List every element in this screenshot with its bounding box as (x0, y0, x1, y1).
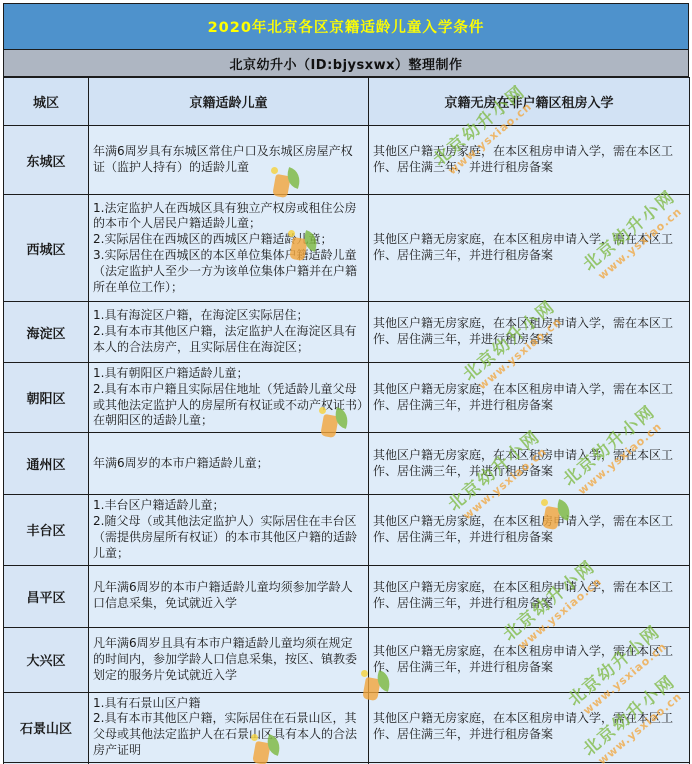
title-bar: 2020年北京各区京籍适龄儿童入学条件 (3, 3, 689, 50)
page: 2020年北京各区京籍适龄儿童入学条件 北京幼升小（ID:bjysxwx）整理制… (0, 0, 692, 764)
rent-policy-cell: 其他区户籍无房家庭，在本区租房申请入学，需在本区工作、居住满三年，并进行租房备案 (369, 126, 690, 195)
header-row: 城区 京籍适龄儿童 京籍无房在非户籍区租房入学 (4, 78, 690, 126)
rent-policy-cell: 其他区户籍无房家庭，在本区租房申请入学，需在本区工作、居住满三年，并进行租房备案 (369, 565, 690, 627)
conditions-cell: 1.具有石景山区户籍 2.具有本市其他区户籍，实际居住在石景山区，其父母或其他法… (89, 692, 369, 762)
rent-policy-cell: 其他区户籍无房家庭，在本区租房申请入学，需在本区工作、居住满三年，并进行租房备案 (369, 495, 690, 565)
district-cell: 丰台区 (4, 495, 89, 565)
column-header-rent-policy: 京籍无房在非户籍区租房入学 (369, 78, 690, 126)
enrollment-table: 城区 京籍适龄儿童 京籍无房在非户籍区租房入学 东城区 年满6周岁具有东城区常住… (3, 77, 690, 764)
table-row-xicheng: 西城区 1.法定监护人在西城区具有独立产权房或租住公房的本市个人居民户籍适龄儿童… (4, 195, 690, 302)
district-cell: 通州区 (4, 433, 89, 495)
credit-text: 北京幼升小（ID:bjysxwx）整理制作 (229, 54, 462, 73)
column-header-conditions: 京籍适龄儿童 (89, 78, 369, 126)
table-row-changping: 昌平区 凡年满6周岁的本市户籍适龄儿童均须参加学龄人口信息采集，免试就近入学 其… (4, 565, 690, 627)
table-row-chaoyang: 朝阳区 1.具有朝阳区户籍适龄儿童； 2.具有本市户籍且实际居住地址（凭适龄儿童… (4, 363, 690, 433)
rent-policy-cell: 其他区户籍无房家庭，在本区租房申请入学，需在本区工作、居住满三年，并进行租房备案 (369, 302, 690, 363)
district-cell: 朝阳区 (4, 363, 89, 433)
rent-policy-cell: 其他区户籍无房家庭，在本区租房申请入学，需在本区工作、居住满三年，并进行租房备案 (369, 433, 690, 495)
rent-policy-cell: 其他区户籍无房家庭，在本区租房申请入学，需在本区工作、居住满三年，并进行租房备案 (369, 363, 690, 433)
district-cell: 东城区 (4, 126, 89, 195)
table-row-tongzhou: 通州区 年满6周岁的本市户籍适龄儿童； 其他区户籍无房家庭，在本区租房申请入学，… (4, 433, 690, 495)
rent-policy-cell: 其他区户籍无房家庭，在本区租房申请入学，需在本区工作、居住满三年，并进行租房备案 (369, 195, 690, 302)
column-header-district: 城区 (4, 78, 89, 126)
conditions-cell: 1.具有海淀区户籍，在海淀区实际居住； 2.具有本市其他区户籍，法定监护人在海淀… (89, 302, 369, 363)
district-cell: 西城区 (4, 195, 89, 302)
conditions-cell: 年满6周岁具有东城区常住户口及东城区房屋产权证（监护人持有）的适龄儿童 (89, 126, 369, 195)
district-cell: 大兴区 (4, 627, 89, 692)
table-row-fengtai: 丰台区 1.丰台区户籍适龄儿童； 2.随父母（或其他法定监护人）实际居住在丰台区… (4, 495, 690, 565)
conditions-cell: 1.丰台区户籍适龄儿童； 2.随父母（或其他法定监护人）实际居住在丰台区（需提供… (89, 495, 369, 565)
conditions-cell: 凡年满6周岁的本市户籍适龄儿童均须参加学龄人口信息采集，免试就近入学 (89, 565, 369, 627)
table-row-shijingshan: 石景山区 1.具有石景山区户籍 2.具有本市其他区户籍，实际居住在石景山区，其父… (4, 692, 690, 762)
page-title: 2020年北京各区京籍适龄儿童入学条件 (208, 16, 485, 37)
table-row-dongcheng: 东城区 年满6周岁具有东城区常住户口及东城区房屋产权证（监护人持有）的适龄儿童 … (4, 126, 690, 195)
district-cell: 海淀区 (4, 302, 89, 363)
conditions-cell: 年满6周岁的本市户籍适龄儿童； (89, 433, 369, 495)
conditions-cell: 1.法定监护人在西城区具有独立产权房或租住公房的本市个人居民户籍适龄儿童； 2.… (89, 195, 369, 302)
rent-policy-cell: 其他区户籍无房家庭，在本区租房申请入学，需在本区工作、居住满三年，并进行租房备案 (369, 692, 690, 762)
table-row-haidian: 海淀区 1.具有海淀区户籍，在海淀区实际居住； 2.具有本市其他区户籍，法定监护… (4, 302, 690, 363)
conditions-cell: 凡年满6周岁且具有本市户籍适龄儿童均须在规定的时间内，参加学龄人口信息采集，按区… (89, 627, 369, 692)
district-cell: 昌平区 (4, 565, 89, 627)
conditions-cell: 1.具有朝阳区户籍适龄儿童； 2.具有本市户籍且实际居住地址（凭适龄儿童父母或其… (89, 363, 369, 433)
table-row-daxing: 大兴区 凡年满6周岁且具有本市户籍适龄儿童均须在规定的时间内，参加学龄人口信息采… (4, 627, 690, 692)
district-cell: 石景山区 (4, 692, 89, 762)
rent-policy-cell: 其他区户籍无房家庭，在本区租房申请入学，需在本区工作、居住满三年，并进行租房备案 (369, 627, 690, 692)
credit-bar: 北京幼升小（ID:bjysxwx）整理制作 (3, 50, 689, 77)
